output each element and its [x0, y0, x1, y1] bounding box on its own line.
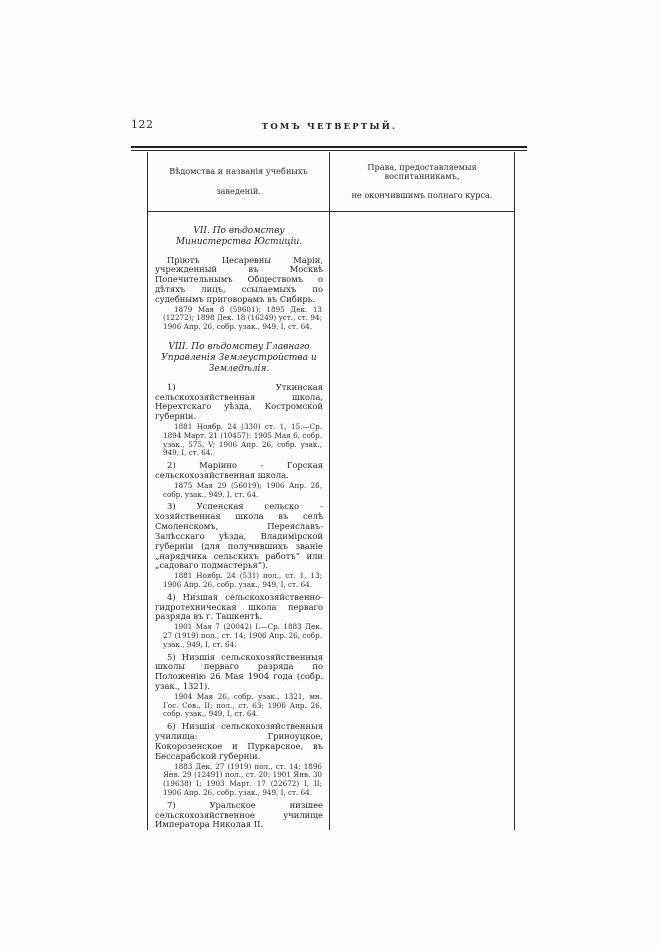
entry-4-refs: 1901 Мая 7 (20042) I.—Ср. 1883 Дек. 27 (… [163, 623, 322, 649]
section-vii-heading: VII. По вѣдомству Министерства Юстиціи. [157, 226, 321, 249]
institutions-column-content: VII. По вѣдомству Министерства Юстиціи. … [147, 212, 330, 830]
entry-5-body: 5) Низшія сельскохозяйственныя школы пер… [155, 653, 323, 692]
table-body-row: VII. По вѣдомству Министерства Юстиціи. … [147, 212, 515, 830]
section-viii-heading: VIII. По вѣдомству Главнаго Управленія З… [157, 342, 321, 376]
section-vii-entry-refs: 1879 Мая 8 (59601); 1895 Дек. 13 (12272)… [163, 306, 322, 332]
scanned-book-page: 122 ТОМЪ ЧЕТВЕРТЫЙ. Вѣдомства и названія… [0, 0, 660, 950]
entry-2-refs: 1875 Мая 29 (56019); 1906 Апр. 26, собр.… [163, 482, 322, 500]
running-title: ТОМЪ ЧЕТВЕРТЫЙ. [132, 122, 527, 132]
entry-2-body: 2) Маріино - Горская сельскохозяйственна… [155, 461, 323, 481]
entry-4-body: 4) Низшая сельскохозяйственно-гидротехни… [155, 593, 323, 622]
column-header-institutions-line2: заведеній. [154, 187, 323, 196]
entry-6-body: 6) Низшія сельскохозяйственныя училища: … [155, 722, 323, 761]
rights-column-content-empty [330, 212, 515, 830]
entry-1-refs: 1881 Ноябр. 24 (330) ст. 1, 15.—Ср. 1894… [163, 423, 322, 458]
entry-3-body: 3) Успенская сельско - хозяйственная шко… [155, 502, 323, 571]
entry-1-body: 1) Уткинская сельскохозяйственная школа,… [155, 383, 323, 422]
entry-3-refs: 1881 Ноябр. 24 (531) пол., ст. 1, 13; 19… [163, 572, 322, 590]
entry-6-refs: 1883 Дек. 27 (1919) пол., ст. 14; 1896 Я… [163, 763, 322, 798]
section-vii-entry-body: Пріютъ Цесаревны Маріи, учрежденный въ М… [155, 256, 323, 305]
entry-7-body: 7) Уральское низшее сельскохозяйственное… [155, 801, 323, 830]
column-header-institutions: Вѣдомства и названія учебныхъ заведеній. [147, 152, 330, 211]
entry-5-refs: 1904 Мая 26, собр. узак., 1321, мн. Гос.… [163, 693, 322, 719]
column-header-rights-line2: не окончившимъ полнаго курса. [336, 191, 508, 200]
header-double-rule [131, 146, 527, 151]
column-header-rights: Права, предоставляемыя воспитанникамъ, н… [330, 152, 515, 211]
rights-table: Вѣдомства и названія учебныхъ заведеній.… [147, 152, 515, 830]
table-header-row: Вѣдомства и названія учебныхъ заведеній.… [147, 152, 515, 212]
column-header-institutions-line1: Вѣдомства и названія учебныхъ [154, 167, 323, 176]
column-header-rights-line1: Права, предоставляемыя воспитанникамъ, [336, 163, 508, 181]
